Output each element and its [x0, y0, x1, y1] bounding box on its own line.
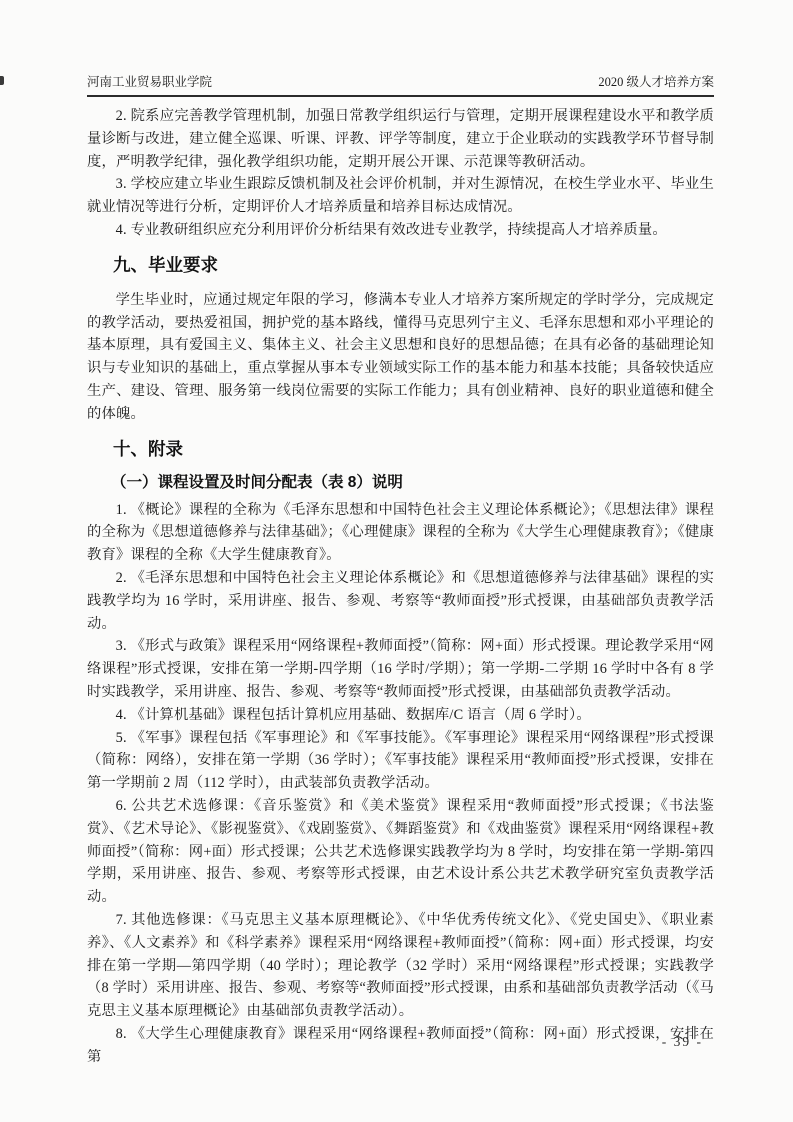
page-number: - 39 - [662, 1034, 703, 1050]
paragraph-graduation-body: 学生毕业时，应通过规定年限的学习，修满本专业人才培养方案所规定的学时学分，完成规… [87, 289, 714, 426]
scan-artifact [0, 76, 4, 85]
note-item-3: 3. 《形式与政策》课程采用“网络课程+教师面授”（简称：网+面）形式授课。理论… [87, 635, 714, 703]
paragraph-item-3: 3. 学校应建立毕业生跟踪反馈机制及社会评价机制，并对生源情况，在校生学业水平、… [87, 173, 714, 219]
document-body: 2. 院系应完善教学管理机制，加强日常教学组织运行与管理，定期开展课程建设水平和… [87, 105, 714, 1068]
section-heading-appendix: 十、附录 [113, 439, 714, 459]
note-item-2: 2. 《毛泽东思想和中国特色社会主义理论体系概论》和《思想道德修养与法律基础》课… [87, 567, 714, 635]
page-header: 河南工业贸易职业学院 2020 级人才培养方案 [87, 72, 714, 97]
paragraph-item-4: 4. 专业教研组织应充分利用评价分析结果有效改进专业教学，持续提高人才培养质量。 [87, 219, 714, 242]
note-item-4: 4. 《计算机基础》课程包括计算机应用基础、数据库/C 语言（周 6 学时）。 [87, 704, 714, 727]
page-content: 河南工业贸易职业学院 2020 级人才培养方案 2. 院系应完善教学管理机制，加… [87, 72, 714, 1068]
note-item-8: 8. 《大学生心理健康教育》课程采用“网络课程+教师面授”（简称：网+面）形式授… [87, 1023, 714, 1069]
note-item-6: 6. 公共艺术选修课：《音乐鉴赏》和《美术鉴赏》课程采用“教师面授”形式授课；《… [87, 795, 714, 909]
header-school-name: 河南工业贸易职业学院 [87, 72, 212, 90]
note-item-1: 1. 《概论》课程的全称为《毛泽东思想和中国特色社会主义理论体系概论》；《思想法… [87, 499, 714, 567]
subheading-course-table-notes: （一）课程设置及时间分配表（表 8）说明 [111, 473, 714, 492]
note-item-5: 5. 《军事》课程包括《军事理论》和《军事技能》。《军事理论》课程采用“网络课程… [87, 727, 714, 795]
paragraph-item-2: 2. 院系应完善教学管理机制，加强日常教学组织运行与管理，定期开展课程建设水平和… [87, 105, 714, 173]
note-item-7: 7. 其他选修课：《马克思主义基本原理概论》、《中华优秀传统文化》、《党史国史》… [87, 909, 714, 1023]
section-heading-graduation-requirements: 九、毕业要求 [113, 255, 714, 275]
document-page: 河南工业贸易职业学院 2020 级人才培养方案 2. 院系应完善教学管理机制，加… [0, 0, 793, 1122]
header-plan-title: 2020 级人才培养方案 [598, 72, 714, 90]
